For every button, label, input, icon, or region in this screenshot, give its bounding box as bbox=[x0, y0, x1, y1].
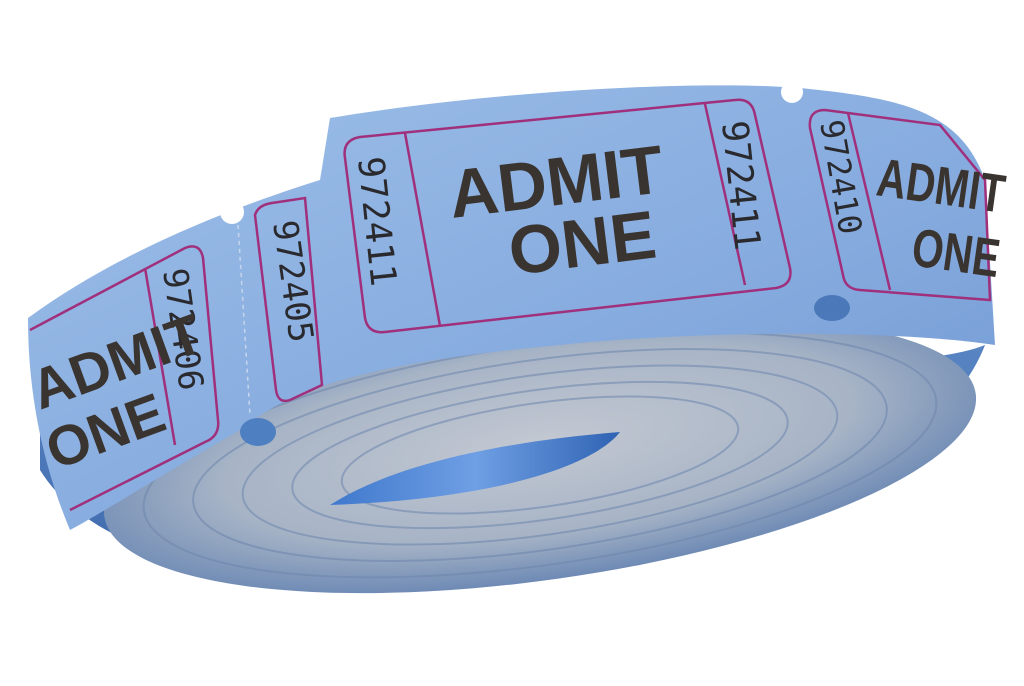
ticket-heading-one: ONE bbox=[908, 218, 1003, 290]
perforation-notch bbox=[814, 295, 850, 321]
perforation-notch bbox=[240, 418, 276, 446]
ticket-roll-scene: 972406 ADMIT ONE 972405 972411 972411 AD… bbox=[0, 0, 1024, 686]
perforation-notch bbox=[781, 81, 803, 103]
perforation-notch bbox=[220, 200, 244, 224]
